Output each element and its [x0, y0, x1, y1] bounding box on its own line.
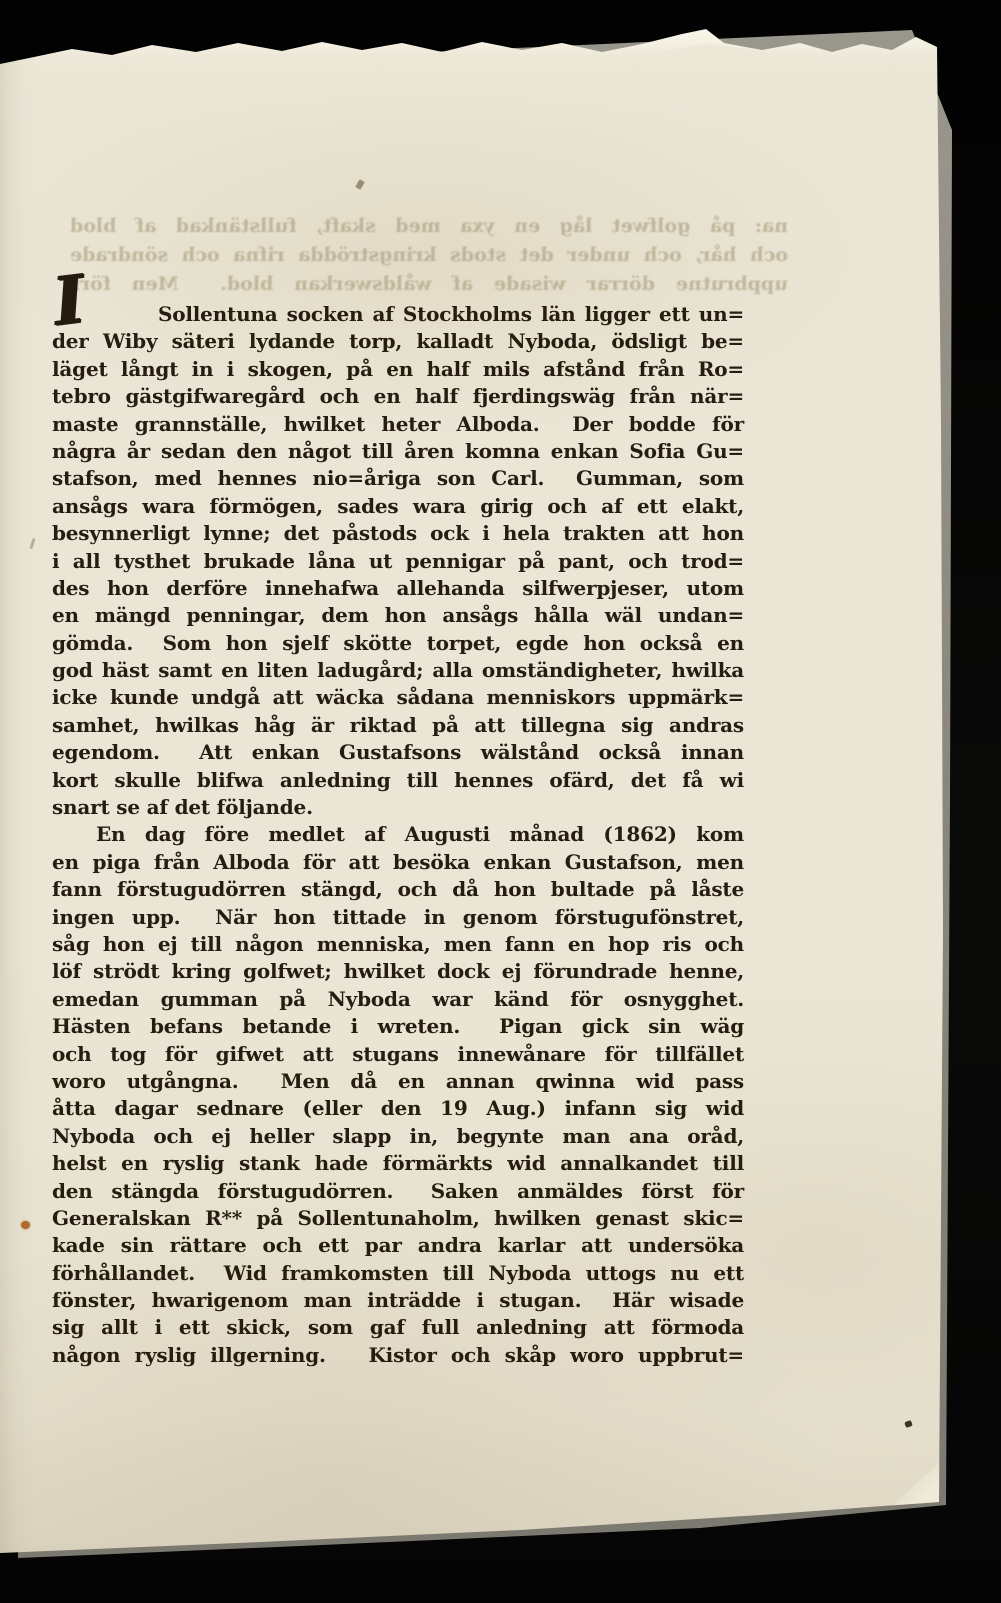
text-line: icke kunde undgå att wäcka sådana mennis…: [52, 684, 744, 711]
text-line: några år sedan den något till åren komna…: [52, 438, 744, 465]
text-line: löf strödt kring golfwet; hwilket dock e…: [52, 958, 744, 985]
text-line: en piga från Alboda för att besöka enkan…: [52, 849, 744, 876]
paragraph: Sollentuna socken af Stockholms län ligg…: [52, 301, 744, 821]
text-line: Nyboda och ej heller slapp in, begynte m…: [52, 1123, 744, 1150]
paragraphs: Sollentuna socken af Stockholms län ligg…: [52, 301, 744, 1369]
text-line: maste grannställe, hwilket heter Alboda.…: [52, 411, 744, 438]
text-line: Generalskan R** på Sollentunaholm, hwilk…: [52, 1205, 744, 1232]
text-line: emedan gumman på Nyboda war känd för osn…: [52, 986, 744, 1013]
text-line: snart se af det följande.: [52, 794, 744, 821]
text-line: någon ryslig illgerning. Kistor och skåp…: [52, 1342, 744, 1369]
text-line: besynnerligt lynne; det påstods ock i he…: [52, 520, 744, 547]
text-line: åtta dagar sednare (eller den 19 Aug.) i…: [52, 1095, 744, 1122]
paragraph: En dag före medlet af Augusti månad (186…: [52, 821, 744, 1369]
text-line: egendom. Att enkan Gustafsons wälstånd o…: [52, 739, 744, 766]
text-line: gömda. Som hon sjelf skötte torpet, egde…: [52, 630, 744, 657]
text-line: såg hon ej till någon menniska, men fann…: [52, 931, 744, 958]
rust-spot: [21, 1221, 30, 1229]
paper-speck: [904, 1420, 913, 1428]
text-line: En dag före medlet af Augusti månad (186…: [52, 821, 744, 848]
paper-speck: [355, 179, 365, 190]
text-line: des hon derföre innehafwa allehanda silf…: [52, 575, 744, 602]
text-line: stafson, med hennes nio=åriga son Carl. …: [52, 465, 744, 492]
text-line: ansågs wara förmögen, sades wara girig o…: [52, 493, 744, 520]
text-line: kort skulle blifwa anledning till hennes…: [52, 767, 744, 794]
text-line: helst en ryslig stank hade förmärkts wid…: [52, 1150, 744, 1177]
showthrough-line: na: på golfwet låg en yxa med skaft, ful…: [70, 212, 788, 241]
text-line: Hästen befans betande i wreten. Pigan gi…: [52, 1013, 744, 1040]
text-line: der Wiby säteri lydande torp, kalladt Ny…: [52, 328, 744, 355]
text-line: fönster, hwarigenom man inträdde i stuga…: [52, 1287, 744, 1314]
text-line: den stängda förstugudörren. Saken anmäld…: [52, 1178, 744, 1205]
text-line: förhållandet. Wid framkomsten till Nybod…: [52, 1260, 744, 1287]
photo-background: na: på golfwet låg en yxa med skaft, ful…: [0, 0, 1001, 1603]
text-line: kade sin rättare och ett par andra karla…: [52, 1232, 744, 1259]
page-showthrough-text: na: på golfwet låg en yxa med skaft, ful…: [70, 212, 788, 299]
text-line: läget långt in i skogen, på en half mils…: [52, 356, 744, 383]
paper-speck: [29, 538, 35, 549]
text-line: fann förstugudörren stängd, och då hon b…: [52, 876, 744, 903]
text-line: ingen upp. När hon tittade in genom förs…: [52, 904, 744, 931]
text-line: en mängd penningar, dem hon ansågs hålla…: [52, 602, 744, 629]
text-line: och tog för gifwet att stugans innewånar…: [52, 1041, 744, 1068]
book-page: na: på golfwet låg en yxa med skaft, ful…: [0, 0, 1001, 1603]
text-line: samhet, hwilkas håg är riktad på att til…: [52, 712, 744, 739]
text-line: Sollentuna socken af Stockholms län ligg…: [52, 301, 744, 328]
showthrough-line: och hår, och under det stods kringströdd…: [70, 241, 788, 270]
text-line: i all tysthet brukade låna ut pennigar p…: [52, 548, 744, 575]
text-line: tebro gästgifwaregård och en half fjerdi…: [52, 383, 744, 410]
text-line: god häst samt en liten ladugård; alla om…: [52, 657, 744, 684]
text-line: woro utgångna. Men då en annan qwinna wi…: [52, 1068, 744, 1095]
main-text-block: Sollentuna socken af Stockholms län ligg…: [52, 301, 744, 1369]
text-line: sig allt i ett skick, som gaf full anled…: [52, 1314, 744, 1341]
showthrough-line: uppbrutne dörrar wisade af wåldswerkan b…: [70, 270, 788, 299]
